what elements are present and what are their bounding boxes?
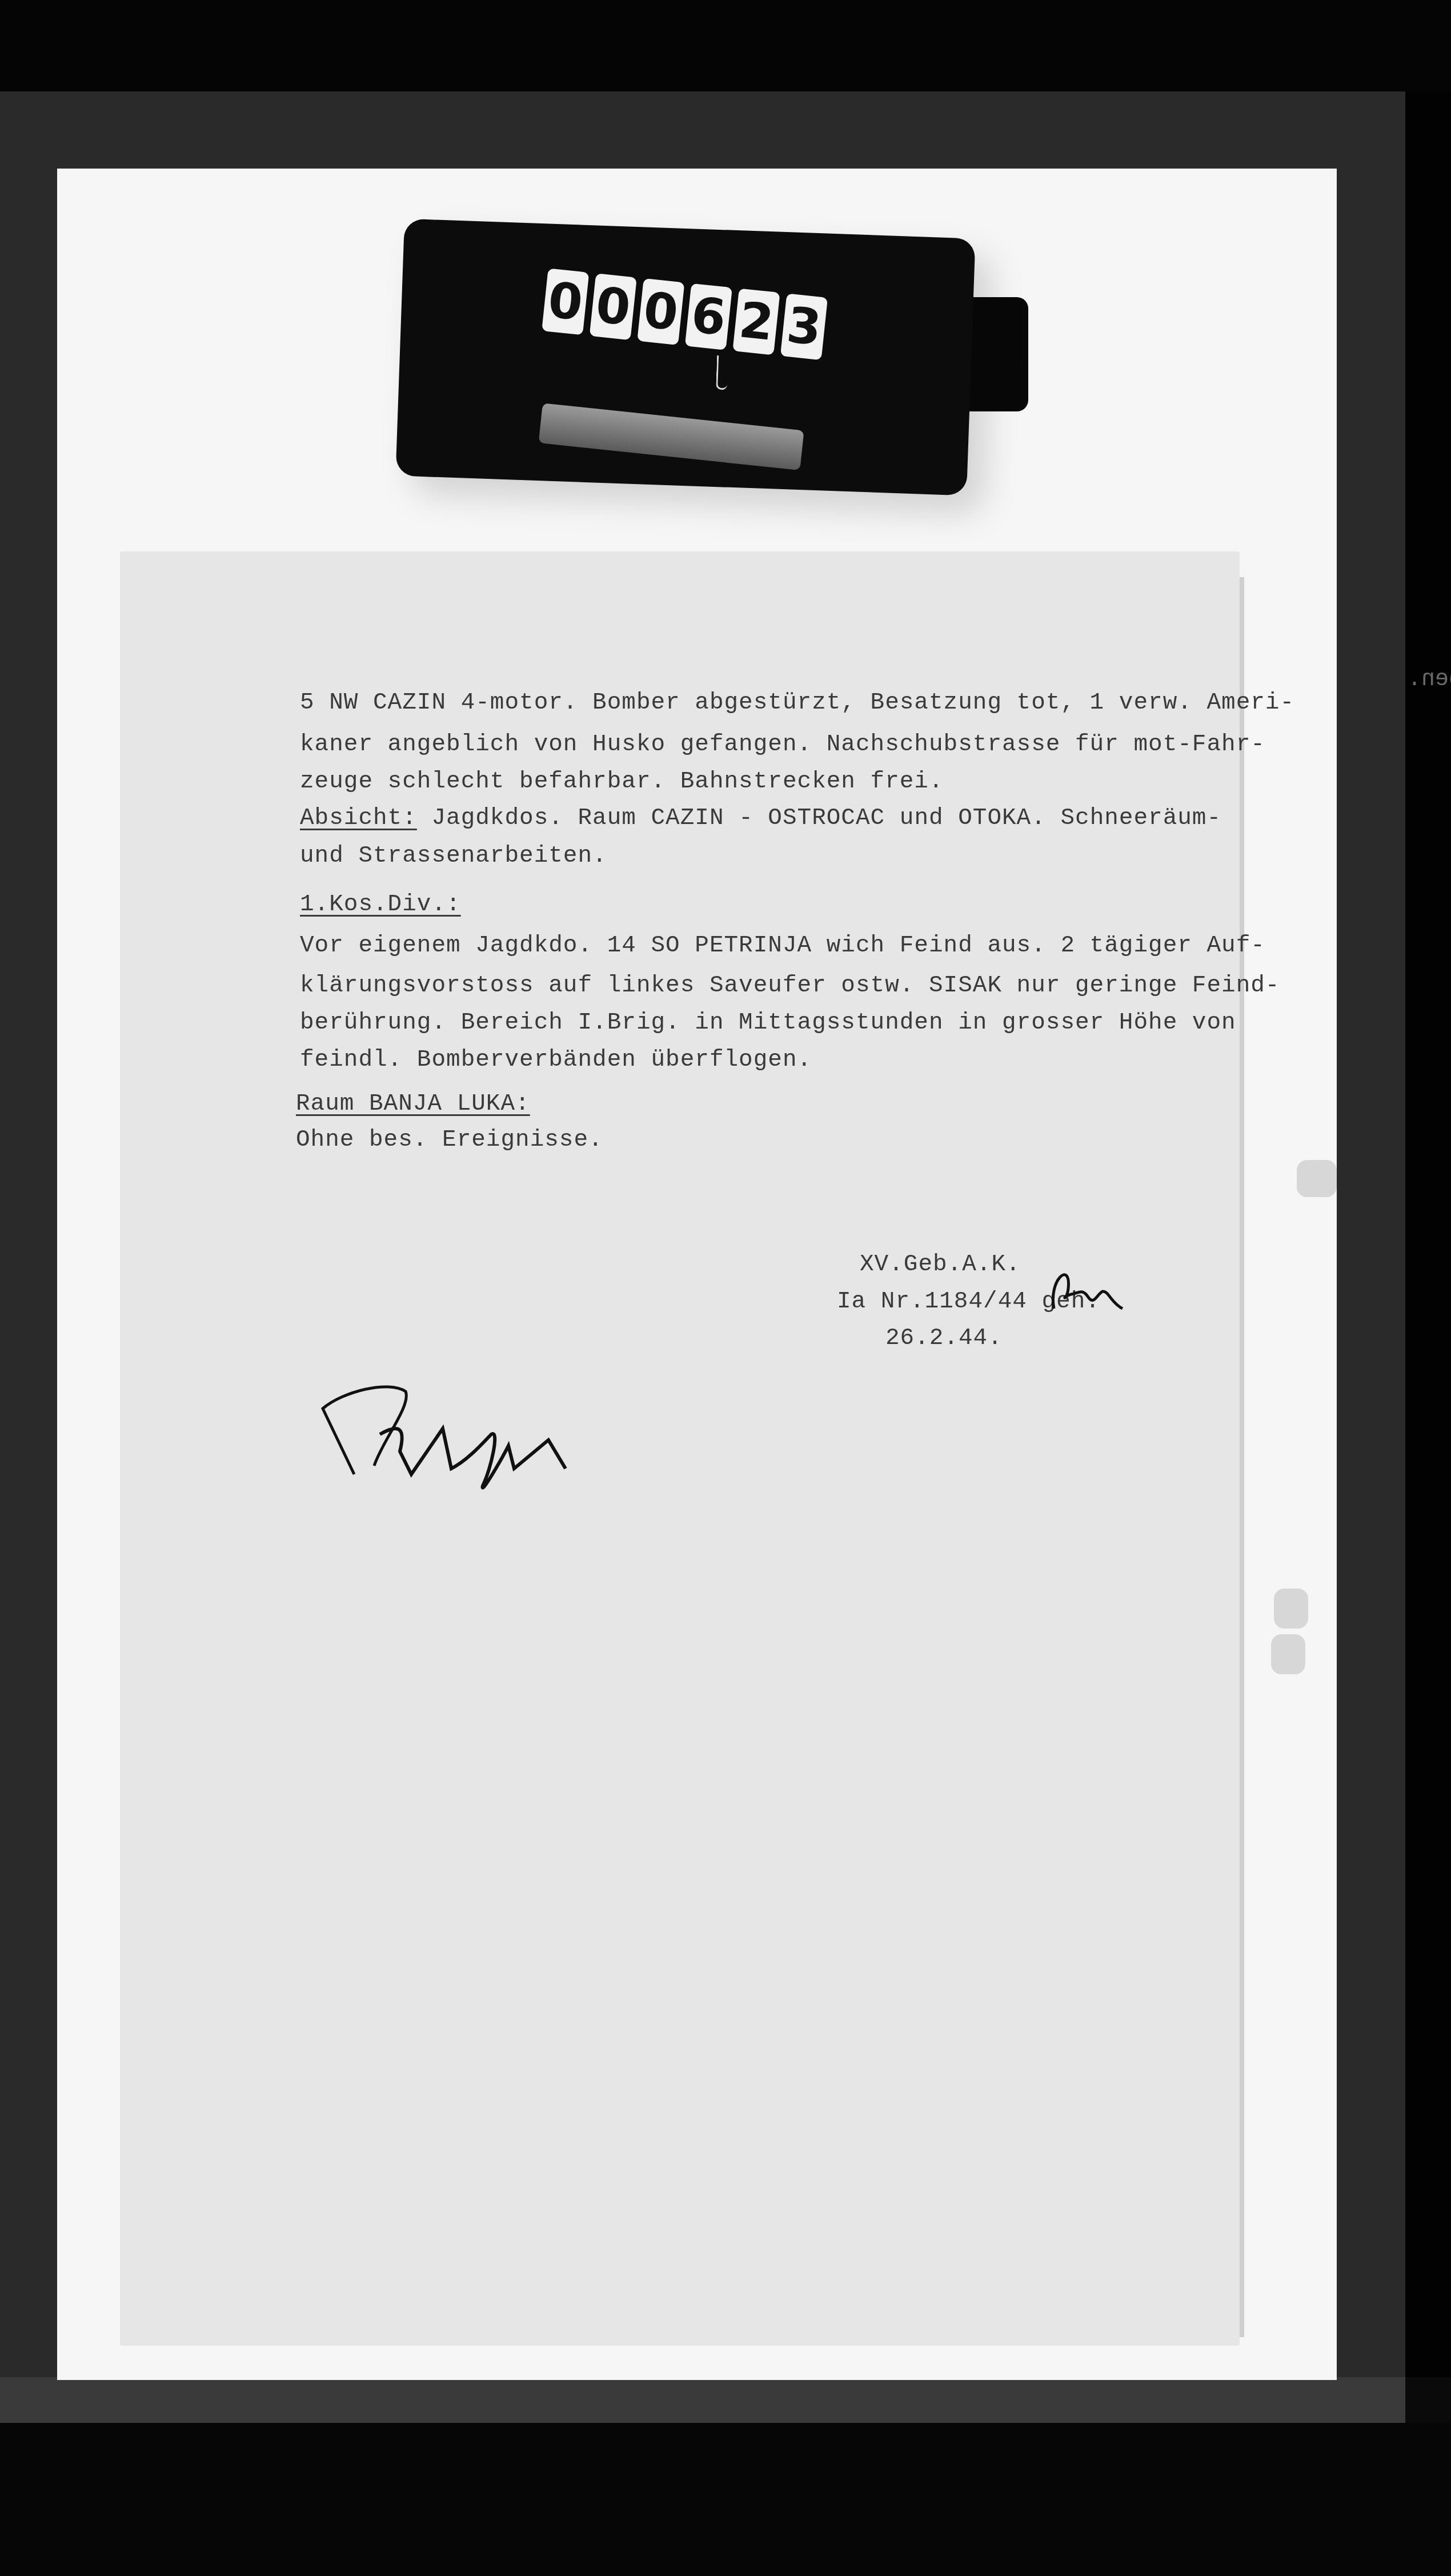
counter-digits: 0 0 0 6 2 3	[542, 268, 828, 360]
kos-div-line: Vor eigenem Jagdkdo. 14 SO PETRINJA wich…	[300, 934, 1265, 958]
frame-counter-device: 0 0 0 6 2 3	[395, 219, 975, 496]
absicht-label: Absicht:	[300, 805, 417, 831]
show-through-text: Fernschreiben.	[514, 669, 1451, 691]
counter-digit: 0	[637, 278, 684, 345]
section-heading-banja-luka: Raum BANJA LUKA:	[296, 1093, 530, 1116]
body-line: zeuge schlecht befahrbar. Bahnstrecken f…	[300, 770, 944, 794]
body-line: 5 NW CAZIN 4-motor. Bomber abgestürzt, B…	[300, 691, 1294, 715]
handwritten-initials	[1048, 1263, 1128, 1326]
show-through-text: Absicht:	[1114, 1874, 1451, 1897]
handwritten-signature	[320, 1360, 583, 1491]
counter-digit: 0	[590, 273, 637, 340]
absicht-line-2: und Strassenarbeiten.	[300, 845, 607, 868]
film-frame-bottom-band	[0, 2377, 1405, 2423]
show-through-text: 373.Div.:	[1114, 1491, 1451, 1514]
show-through-text: Gesamtlage:	[1057, 1114, 1451, 1137]
banja-luka-line: Ohne bes. Ereignisse.	[296, 1129, 603, 1152]
counter-digit: 2	[732, 289, 780, 355]
margin-mark	[1297, 1160, 1337, 1197]
margin-mark	[1274, 1589, 1308, 1629]
film-frame-bottom	[0, 2423, 1451, 2576]
section-heading-kos-div: 1.Kos.Div.:	[300, 893, 461, 917]
page-edge	[1240, 577, 1244, 2337]
counter-nameplate	[539, 403, 804, 470]
film-frame-right	[1405, 91, 1451, 2377]
show-through-text: 264.Div.:	[1114, 1186, 1451, 1209]
reference-date: 26.2.44.	[885, 1327, 1003, 1350]
show-through-text: 1.Kos.Div.:	[1114, 1766, 1451, 1789]
kos-div-line: klärungsvorstoss auf linkes Saveufer ost…	[300, 974, 1280, 998]
margin-mark	[1271, 1634, 1305, 1674]
show-through-text: V.SS-Geb.Korps.	[657, 891, 1451, 914]
counter-scratch-mark	[716, 355, 728, 390]
counter-digit: 3	[780, 293, 828, 360]
film-frame-top	[0, 0, 1451, 91]
absicht-text: Jagdkdos. Raum CAZIN - OSTROCAC und OTOK…	[417, 805, 1221, 831]
reference-unit: XV.Geb.A.K.	[860, 1253, 1021, 1277]
counter-digit: 6	[685, 283, 732, 350]
absicht-line: Absicht: Jagdkdos. Raum CAZIN - OSTROCAC…	[300, 807, 1221, 830]
kos-div-line: feindl. Bomberverbänden überflogen.	[300, 1049, 812, 1072]
counter-digit: 0	[542, 268, 589, 335]
show-through-text: Wetter:	[1085, 1063, 1451, 1086]
body-line: kaner angeblich von Husko gefangen. Nach…	[300, 733, 1265, 757]
kos-div-line: berührung. Bereich I.Brig. in Mittagsstu…	[300, 1011, 1236, 1035]
